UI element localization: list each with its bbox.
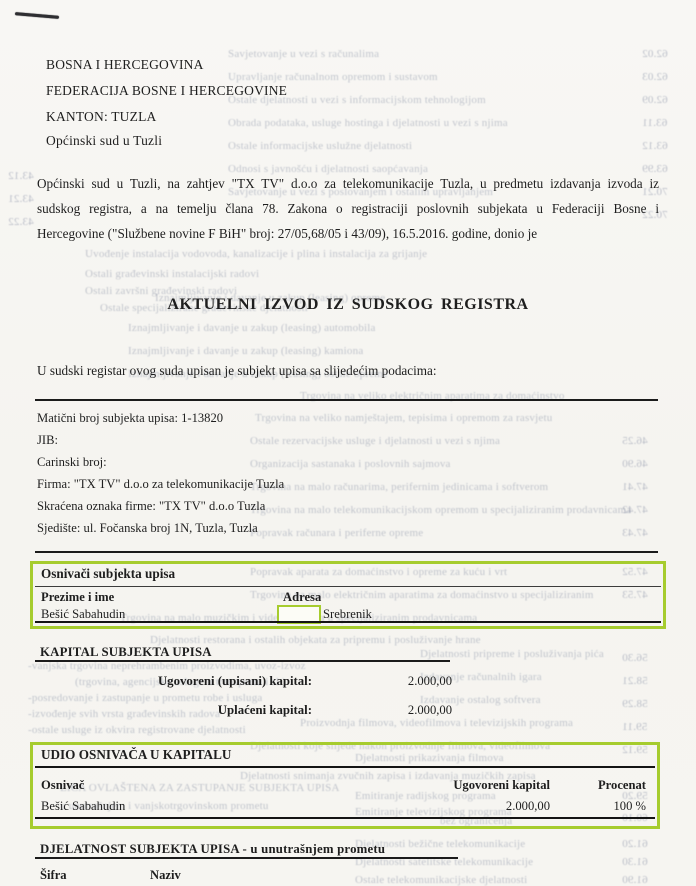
bleedthrough-text: Ostale rezervacijske usluge i djelatnost… [250,435,500,447]
capital-row-label: Ugovoreni (upisani) kapital: [90,674,312,689]
capital-section-title: KAPITAL SUBJEKTA UPISA [40,645,212,660]
share-annotation-box: UDIO OSNIVAČA U KAPITALU Osnivač Ugovore… [30,742,660,829]
capital-row-value: 2.000,00 [352,703,452,718]
share-capital-cell: 2.000,00 [383,799,550,814]
bleedthrough-text: 43.22 [8,216,34,228]
capital-row-value: 2.000,00 [352,674,452,689]
document-title: AKTUELNI IZVOD IZ SUDSKOG REGISTRA [0,296,696,314]
bleedthrough-text: Uvođenje instalacija vodovoda, kanalizac… [85,248,427,260]
header-line-canton: KANTON: TUZLA [46,109,156,125]
header-line-court: Općinski sud u Tuzli [46,133,162,149]
bleedthrough-text: -ostale usluge iz okvira registrovane dj… [28,724,246,736]
pen-mark [15,12,59,19]
column-header-percent: Procenat [598,778,646,793]
bleedthrough-text: Trgovina na malo računarima, perifernim … [250,481,548,493]
bleedthrough-text: Organizacija sastanaka i poslovnih sajmo… [250,458,451,470]
bleedthrough-text: Trgovina na malo telekomunikacijskom opr… [250,504,631,516]
intro-paragraph-line: sudskog registra, a na temelju člana 78.… [37,201,659,217]
section-underline [35,586,661,587]
bleedthrough-text: 61.90 [622,874,648,886]
bleedthrough-text: 58.29 [622,698,648,710]
bleedthrough-text: 63.99 [642,163,668,175]
bleedthrough-text: 43.12 [8,170,34,182]
scanned-court-register-document: 43.1243.2143.22Savjetovanje u vezi s rač… [0,0,696,886]
bleedthrough-text: Iznajmljivanje i davanje u zakup (leasin… [128,322,376,334]
bleedthrough-text: Upravljanje računalnom opremom i sustavo… [228,71,438,83]
bleedthrough-text: Savjetovanje u vezi s računalima [228,48,379,60]
section-underline [35,857,458,859]
share-section-title: UDIO OSNIVAČA U KAPITALU [41,747,231,763]
founders-annotation-box: Osnivači subjekta upisa Prezime i ime Ad… [30,561,666,629]
column-header-naziv: Naziv [150,868,181,883]
bleedthrough-text: Ostali građevinski instalacijski radovi [85,268,259,280]
activity-section-title: DJELATNOST SUBJEKTA UPISA - u unutrašnje… [40,842,385,857]
bleedthrough-text: 62.09 [642,94,668,106]
bleedthrough-text: 47.43 [622,527,648,539]
share-founder-cell: Bešić Sabahudin [41,799,125,814]
field-skracena-firma: Skraćena oznaka firme: "TX TV" d.o.o Tuz… [37,499,265,514]
bleedthrough-text: 47.41 [622,481,648,493]
intro-line: U sudski registar ovog suda upisan je su… [37,363,437,379]
column-header-address: Adresa [283,590,321,605]
divider-line [35,551,658,553]
intro-paragraph-line: Općinski sud u Tuzli, na zahtjev "TX TV"… [37,176,659,192]
bleedthrough-text: 46.25 [622,435,648,447]
bleedthrough-text: Popravak računara i periferne opreme [250,527,423,539]
column-header-capital: Ugovoreni kapital [383,778,550,793]
bleedthrough-text: 63.11 [642,117,667,129]
bleedthrough-text: 61.30 [622,856,648,868]
bleedthrough-text: 43.21 [8,193,34,205]
field-firma: Firma: "TX TV" d.o.o za telekomunikacije… [37,477,284,492]
bleedthrough-text: Proizvodnja filmova, videofilmova i tele… [300,717,573,729]
bleedthrough-text: 47.42 [622,504,648,516]
bleedthrough-text: Iznajmljivanje i davanje u zakup (leasin… [128,345,363,357]
bleedthrough-text: Ostale telekomunikacijske djelatnosti [355,874,527,886]
column-header-name: Prezime i ime [41,590,114,605]
column-header-founder: Osnivač [41,778,84,793]
header-line-entity: FEDERACIJA BOSNE I HERCEGOVINE [46,83,287,99]
field-sjediste: Sjedište: ul. Fočanska broj 1N, Tuzla, T… [37,521,258,536]
bleedthrough-text: 62.02 [642,48,668,60]
header-line-country: BOSNA I HERCEGOVINA [46,57,204,73]
bleedthrough-text: Trgovina na veliko namještajem, tepisima… [255,412,552,424]
field-jib: JIB: [37,433,58,448]
bleedthrough-text: Obrada podataka, usluge hostinga i djela… [228,117,508,129]
bleedthrough-text: 46.90 [622,458,648,470]
bleedthrough-text: 63.12 [642,140,668,152]
table-bottom-line [35,817,655,819]
field-maticni-broj: Matični broj subjekta upisa: 1-13820 [37,411,223,426]
bleedthrough-text: 62.03 [642,71,668,83]
bleedthrough-text: Odnosi s javnošću i djelatnosti saopćava… [228,163,428,175]
section-underline [35,766,655,768]
bleedthrough-text: Ostale informacijske uslužne djelatnosti [228,140,412,152]
divider-line [35,399,658,401]
founders-section-title: Osnivači subjekta upisa [41,566,175,582]
section-underline [35,660,450,662]
bleedthrough-text: 56.30 [622,652,648,664]
capital-row-label: Uplaćeni kapital: [90,703,312,718]
founder-address-cell: Srebrenik [323,607,372,622]
share-percent-cell: 100 % [613,799,646,814]
bleedthrough-text: Djelatnosti pripreme i posluživanja pića [420,648,604,660]
bleedthrough-text: 58.21 [622,675,648,687]
field-carinski-broj: Carinski broj: [37,455,107,470]
column-header-code: Šifra [40,868,67,883]
founder-name-cell: Bešić Sabahudin [41,607,125,622]
bleedthrough-text: 61.20 [622,838,648,850]
intro-paragraph-line: Hercegovine ("Službene novine F BiH" bro… [37,226,659,242]
table-bottom-line [35,621,661,623]
bleedthrough-text: 59.11 [622,721,647,733]
